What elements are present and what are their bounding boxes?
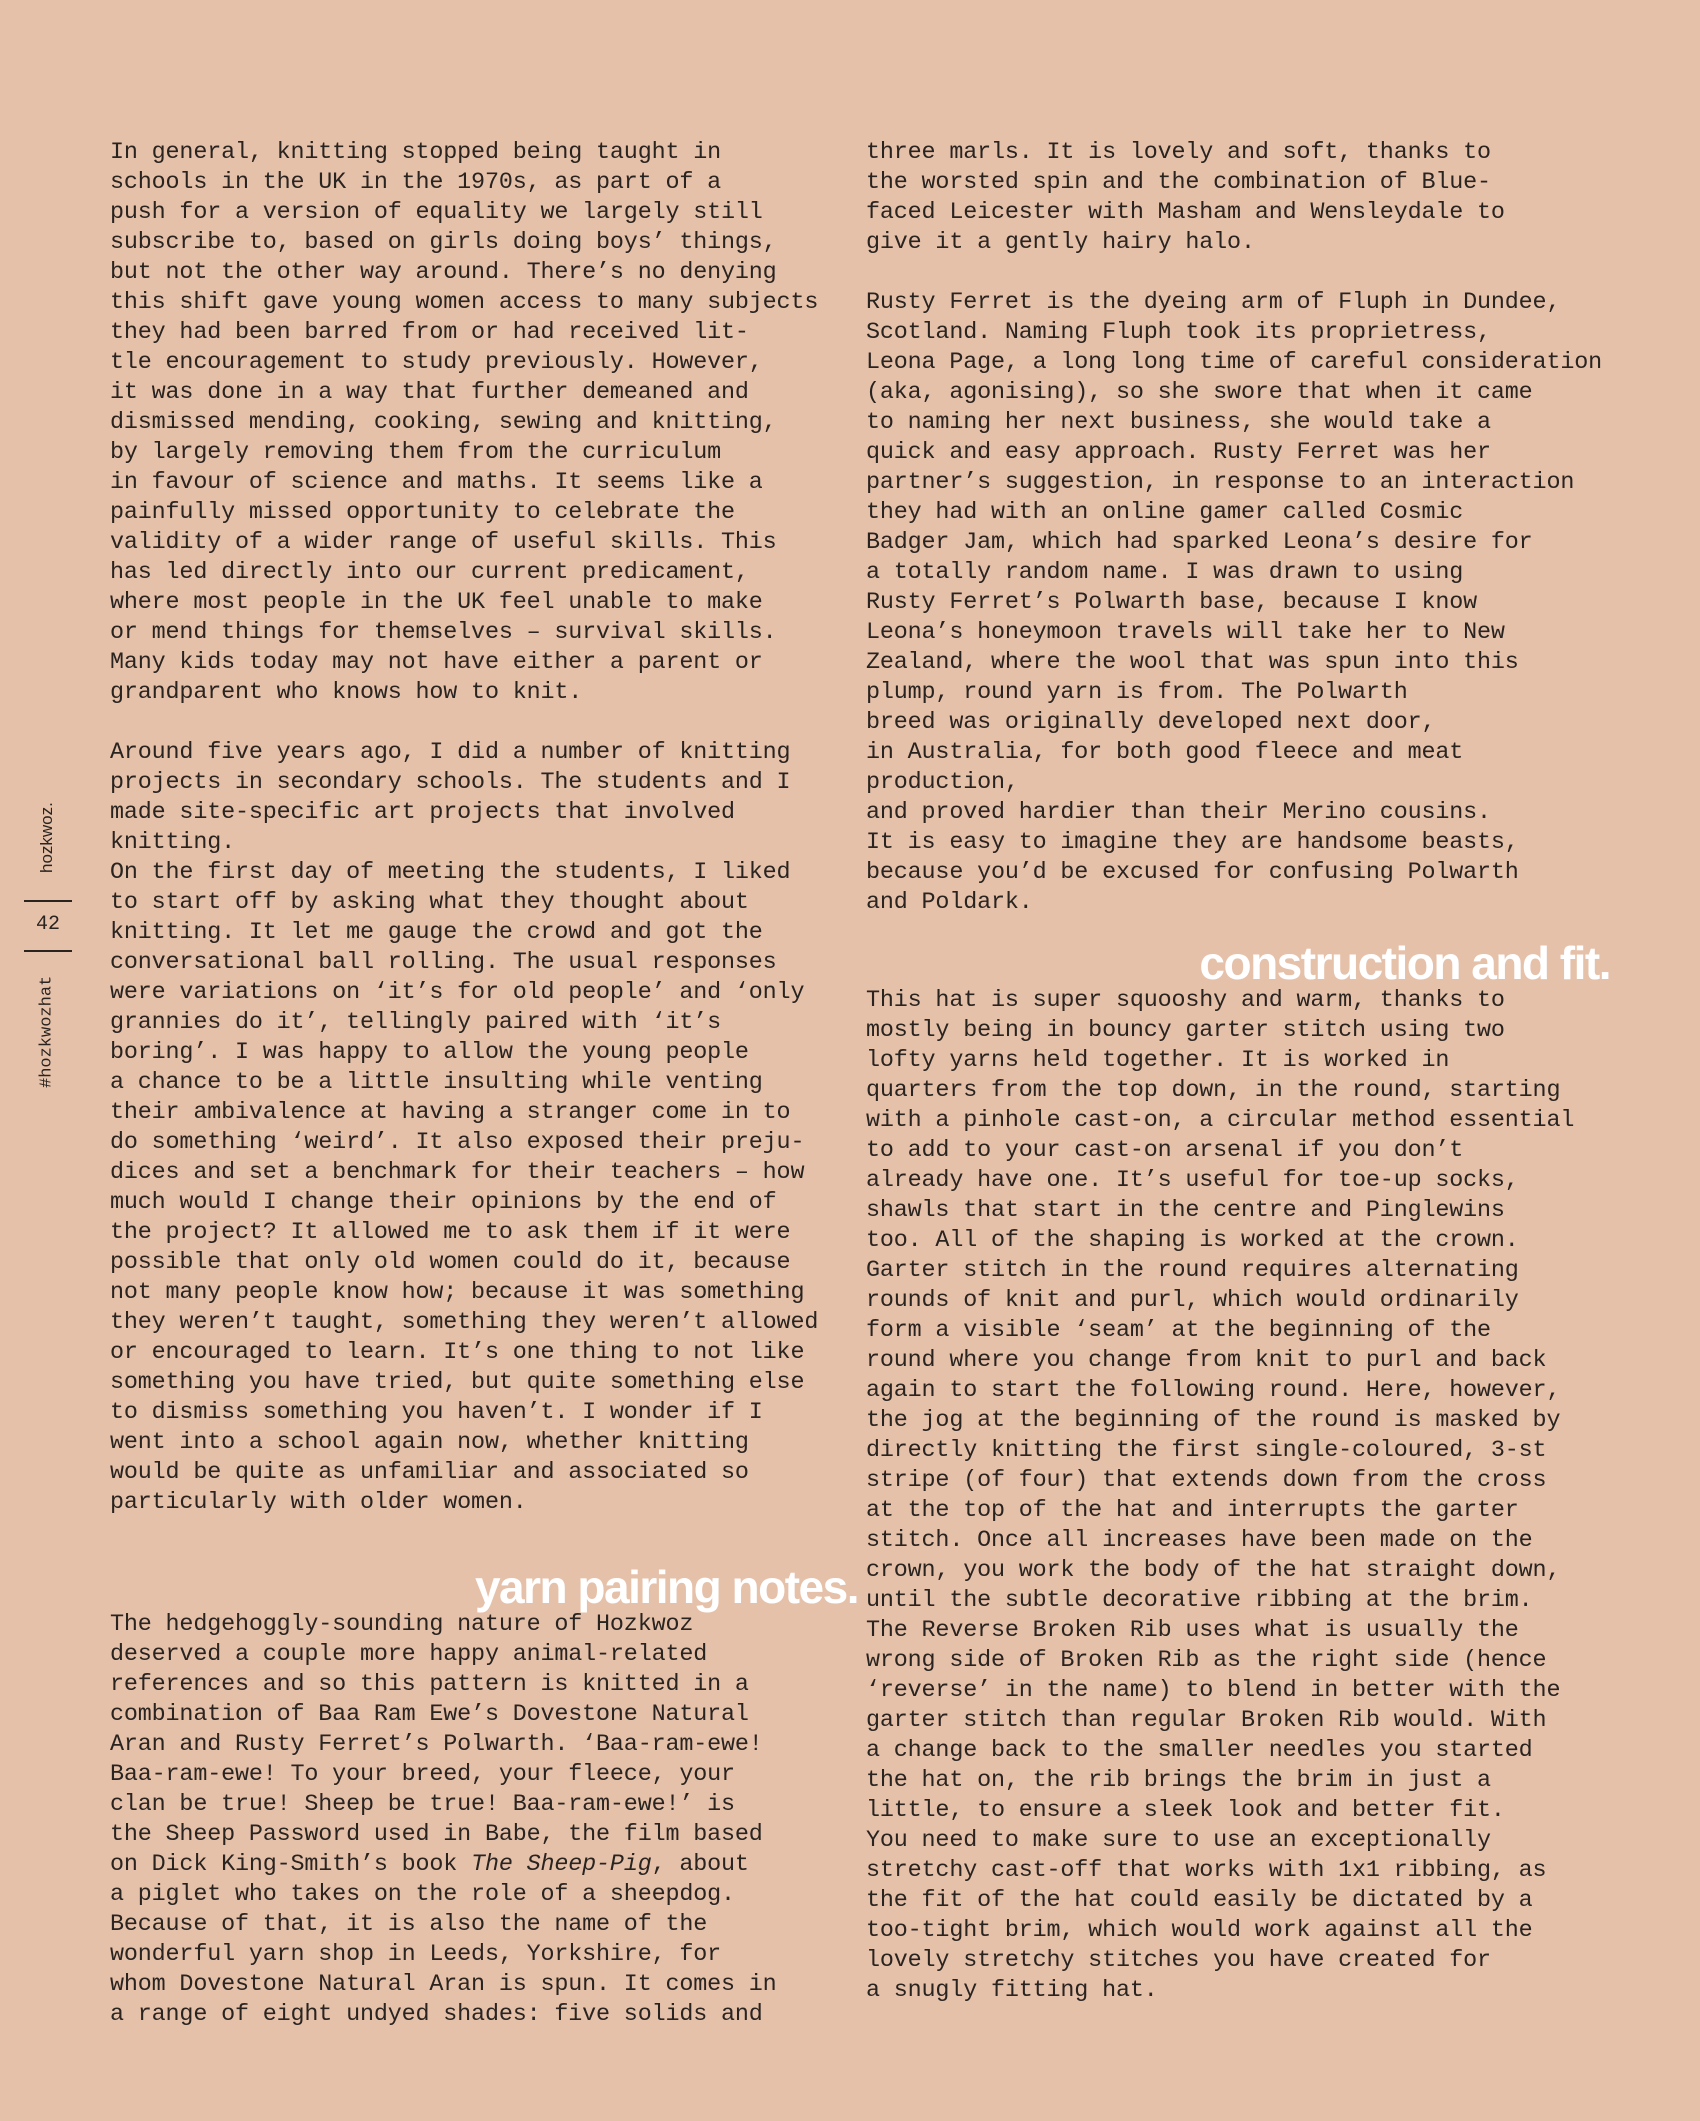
page-sidebar: hozkwoz. 42 #hozkwozhat: [22, 790, 72, 1100]
section-heading-construction: construction and fit.: [866, 940, 1610, 986]
body-paragraph: This hat is super squooshy and warm, tha…: [866, 986, 1606, 2006]
magazine-name: hozkwoz.: [22, 790, 72, 885]
body-paragraph: three marls. It is lovely and soft, than…: [866, 138, 1606, 258]
section-heading-yarn-pairing: yarn pairing notes.: [110, 1564, 858, 1610]
body-paragraph: The hedgehoggly-sounding nature of Hozkw…: [110, 1610, 850, 2030]
paragraph-text: , about a piglet who takes on the role o…: [110, 1852, 777, 2028]
book-title: The Sheep-Pig: [471, 1852, 652, 1878]
page-number: 42: [22, 907, 74, 943]
right-column: three marls. It is lovely and soft, than…: [866, 138, 1606, 2006]
body-paragraph: In general, knitting stopped being taugh…: [110, 138, 850, 708]
left-column: In general, knitting stopped being taugh…: [110, 138, 850, 2030]
body-paragraph: Around five years ago, I did a number of…: [110, 738, 850, 1518]
sidebar-divider: [24, 950, 72, 952]
paragraph-text: The hedgehoggly-sounding nature of Hozkw…: [110, 1612, 763, 1878]
sidebar-divider: [24, 900, 72, 902]
hashtag: #hozkwozhat: [22, 962, 72, 1102]
body-paragraph: Rusty Ferret is the dyeing arm of Fluph …: [866, 288, 1606, 918]
